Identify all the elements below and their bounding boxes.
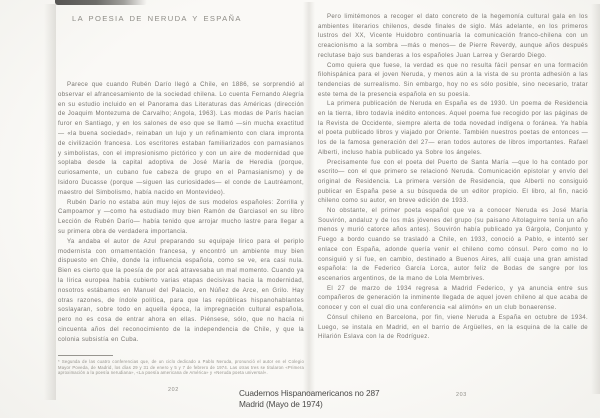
- scanned-spread: LA POESIA DE NERUDA Y ESPAÑA Parece que …: [0, 0, 600, 418]
- body-paragraph: Rubén Darío no estaba aún muy lejos de s…: [58, 198, 304, 237]
- page-gutter-shadow: [303, 2, 315, 394]
- left-page-text-column: Parece que cuando Rubén Darío llegó a Ch…: [58, 80, 304, 345]
- body-paragraph: El 27 de marzo de 1934 regresa a Madrid …: [318, 284, 588, 313]
- scan-artifact-smudge: [55, 0, 147, 5]
- page-edge-shadow-right: [591, 4, 600, 394]
- body-paragraph: Pero limitémonos a recoger el dato concr…: [318, 12, 588, 61]
- annotation-line2: Madrid (Mayo de 1974): [239, 399, 380, 410]
- article-title: LA POESIA DE NERUDA Y ESPAÑA: [72, 14, 242, 23]
- body-paragraph: Precisamente fue con el poeta del Puerto…: [318, 158, 588, 207]
- body-paragraph: No obstante, el primer poeta español que…: [318, 206, 588, 284]
- page-number-right: 203: [456, 392, 467, 398]
- source-annotation: Cuadernos Hispanoamericanos no 287 Madri…: [239, 388, 380, 409]
- body-paragraph: Cónsul chileno en Barcelona, por fin, vi…: [318, 313, 588, 342]
- page-edge-shadow-left: [44, 4, 56, 400]
- body-paragraph: Ya andaba el autor de Azul preparando su…: [58, 237, 304, 345]
- footnote-rule: [58, 355, 113, 356]
- body-paragraph: La primera publicación de Neruda en Espa…: [318, 99, 588, 157]
- footnote: * Segunda de las cuatro conferencias que…: [58, 359, 304, 376]
- body-paragraph: Como quiera que fuese, la verdad es que …: [318, 61, 588, 100]
- body-paragraph: Parece que cuando Rubén Darío llegó a Ch…: [58, 80, 304, 198]
- page-number-left: 202: [168, 387, 179, 393]
- annotation-line1: Cuadernos Hispanoamericanos no 287: [239, 388, 380, 399]
- right-page-text-column: Pero limitémonos a recoger el dato concr…: [318, 12, 588, 342]
